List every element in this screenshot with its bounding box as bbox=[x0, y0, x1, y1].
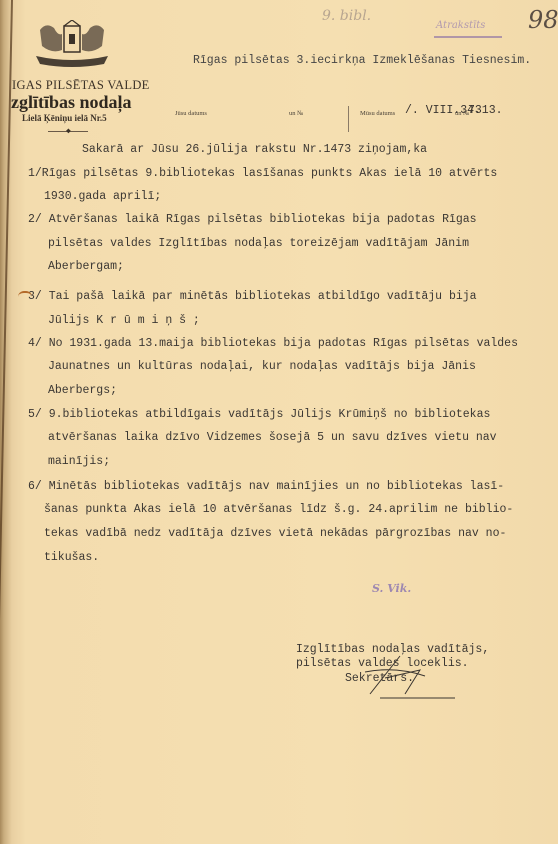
handwritten-note: 9. bibl. bbox=[322, 8, 371, 24]
body-line: 4/ No 1931.gada 13.maija bibliotekas bij… bbox=[28, 337, 518, 350]
body-line: Aberbergs; bbox=[48, 384, 117, 397]
body-line: 2/ Atvēršanas laikā Rīgas pilsētas bibli… bbox=[28, 213, 477, 226]
body-line: 1/Rīgas pilsētas 9.bibliotekas lasīšanas… bbox=[28, 167, 497, 180]
body-line: Aberbergam; bbox=[48, 260, 124, 273]
body-line: 3/ Tai pašā laikā par minētās biblioteka… bbox=[28, 290, 477, 303]
document-page: IGAS PILSĒTAS VALDE zglītības nodaļa Lie… bbox=[0, 0, 558, 844]
field-separator bbox=[348, 106, 349, 132]
body-line: Jūlijs K r ū m i ņ š ; bbox=[48, 314, 200, 327]
riga-coat-of-arms-icon bbox=[34, 20, 110, 68]
body-line: mainījis; bbox=[48, 455, 110, 468]
body-line: Jaunatnes un kultūras nodaļai, kur nodaļ… bbox=[48, 360, 476, 373]
your-number-label: un № bbox=[289, 110, 303, 117]
diamond-ornament-icon: ◆ bbox=[66, 126, 71, 136]
our-number-value: 7313. bbox=[468, 104, 503, 117]
body-line: pilsētas valdes Izglītības nodaļas torei… bbox=[48, 237, 469, 250]
body-line: tikušas. bbox=[44, 551, 99, 564]
body-line: 1930.gada aprilī; bbox=[44, 190, 161, 203]
folio-number: 98 bbox=[528, 6, 558, 34]
stamp-underline bbox=[434, 36, 502, 38]
body-line: tekas vadībā nedz vadītāja dzīves vietā … bbox=[44, 527, 506, 540]
body-intro: Sakarā ar Jūsu 26.jūlija rakstu Nr.1473 … bbox=[82, 143, 427, 156]
letterhead-address: Lielā Ķēniņu ielā Nr.5 bbox=[22, 113, 107, 123]
orange-pencil-mark bbox=[18, 291, 32, 297]
your-date-label: Jūsu datums bbox=[175, 110, 207, 117]
purple-stamp: S. Vik. bbox=[372, 582, 411, 595]
recipient: Rīgas pilsētas 3.iecirkņa Izmeklēšanas T… bbox=[193, 54, 531, 67]
archive-stamp: Atrakstīts bbox=[436, 20, 485, 31]
letterhead-organization: IGAS PILSĒTAS VALDE bbox=[12, 78, 150, 93]
letterhead-department: zglītības nodaļa bbox=[11, 92, 132, 113]
handwritten-signature bbox=[340, 650, 470, 700]
body-line: 6/ Minētās bibliotekas vadītājs nav main… bbox=[28, 480, 504, 493]
body-line: šanas punkta Akas ielā 10 atvēršanas līd… bbox=[44, 503, 513, 516]
body-line: atvēršanas laika dzīvo Vidzemes šosejā 5… bbox=[48, 431, 497, 444]
body-line: 5/ 9.bibliotekas atbildīgais vadītājs Jū… bbox=[28, 408, 490, 421]
our-date-label: Mūsu datums bbox=[360, 110, 395, 117]
